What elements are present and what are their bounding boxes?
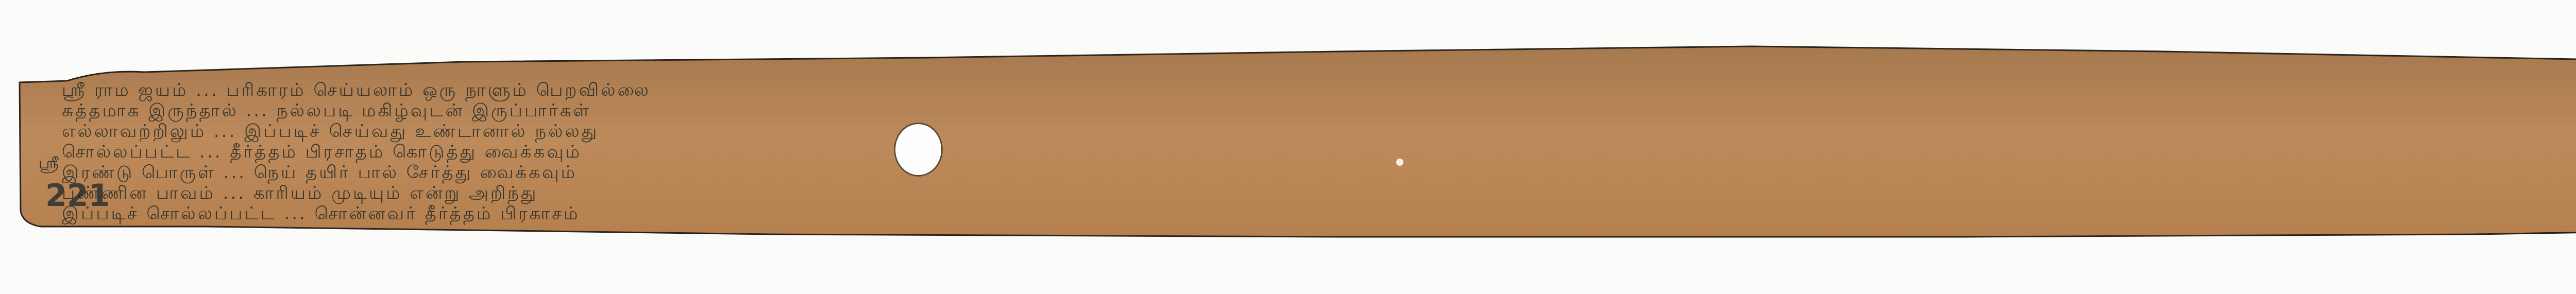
manuscript-line: பண்ணின பாவம் ... காரியம் முடியும் என்று … [62, 183, 538, 205]
worm-hole [1396, 159, 1403, 166]
string-hole [894, 123, 943, 177]
manuscript-line: சுத்தமாக இருந்தால் ... நல்லபடி மகிழ்வுடன… [62, 100, 591, 123]
manuscript-line: இப்படிச் சொல்லப்பட்ட ... சொன்னவர் தீர்த்… [62, 203, 580, 226]
left-margin-word: ஸ்ரீ [39, 154, 59, 175]
manuscript-line: ஶ்ரீ ராம ஜயம் ... பரிகாரம் செய்யலாம் ஒரு… [62, 80, 651, 102]
manuscript-line: இரண்டு பொருள் ... நெய் தயிர் பால் சேர்த்… [62, 162, 577, 185]
manuscript-line: எல்லாவற்றிலும் ... இப்படிச் செய்வது உண்ட… [62, 121, 599, 144]
palm-leaf: ஸ்ரீ 221 ஶ்ரீ ராம ஜயம் ... பரிகாரம் செய்… [0, 0, 2576, 294]
manuscript-line: சொல்லப்பட்ட ... தீர்த்தம் பிரசாதம் கொடுத… [62, 142, 582, 164]
